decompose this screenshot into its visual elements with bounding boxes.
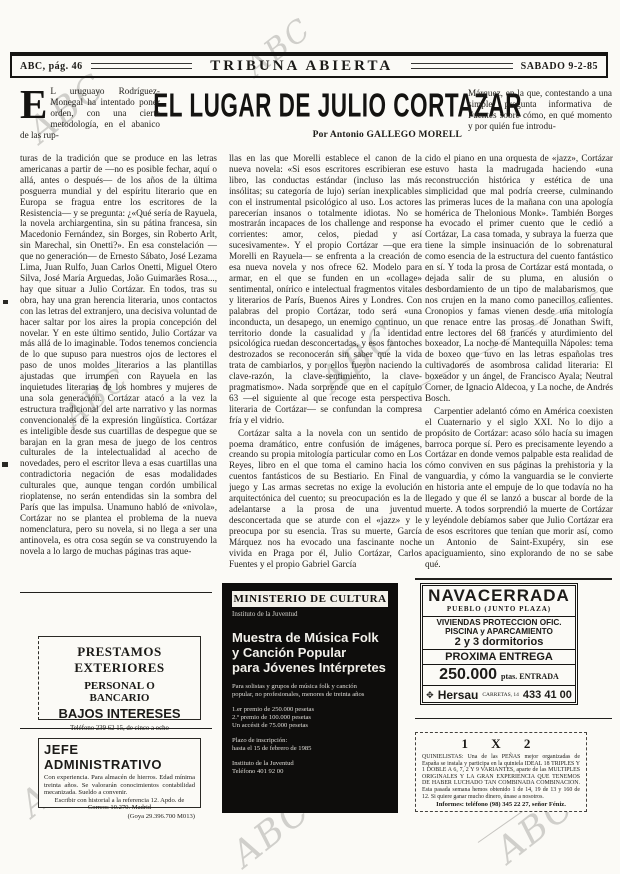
ad-phone: Teléfono 239 62 15, de cinco a ocho	[39, 725, 200, 732]
ad-quiniela-1x2: 1 X 2 QUINIELISTAS: Una de las PEÑAS mej…	[415, 732, 587, 812]
header-rule-left	[91, 63, 193, 69]
ad-prestamos: PRESTAMOS EXTERIORES PERSONAL O BANCARIO…	[38, 636, 201, 720]
ad-body: Con experiencia. Para almacén de hierros…	[44, 774, 195, 797]
print-speck	[2, 462, 8, 467]
date-label: SABADO 9-2-85	[521, 61, 598, 72]
ad-title-line: para Jóvenes Intérpretes	[232, 660, 388, 675]
ad-ministerio-cultura: MINISTERIO DE CULTURA Instituto de la Ju…	[222, 583, 398, 813]
article-column-1: turas de la tradición que se produce en …	[20, 153, 217, 573]
ad-brand: Hersau	[438, 688, 479, 702]
ad-prize-line: Un accésit de 75.000 pesetas	[232, 722, 388, 730]
ad-body: QUINIELISTAS: Una de las PEÑAS mejor org…	[422, 754, 580, 800]
ad-deadline-label: Plazo de inscripción:	[232, 737, 388, 745]
hersau-logo-icon: ✥	[426, 690, 434, 701]
ad-phone: Informes: teléfono (98) 345 22 27, señor…	[422, 801, 580, 808]
paragraph: Carpentier adelantó cómo en América coex…	[425, 406, 613, 570]
paragraph: Márquez, en la que, contestando a una si…	[468, 88, 612, 132]
ad-line: PROXIMA ENTREGA	[423, 651, 575, 663]
ad-line: VIVIENDAS PROTECCION OFIC.	[423, 618, 575, 627]
ad-reference: Escribir con historial a la referencia 1…	[44, 797, 195, 812]
divider-rule	[415, 718, 612, 719]
ad-line: 2 y 3 dormitorios	[423, 636, 575, 648]
ad-subtitle: PUEBLO (JUNTO PLAZA)	[423, 605, 575, 615]
article-column-2: llas en las que Morelli establece el can…	[229, 153, 422, 573]
ad-jefe-administrativo: JEFE ADMINISTRATIVO Con experiencia. Par…	[38, 738, 201, 808]
header-rule-right	[411, 63, 513, 69]
ad-line: BAJOS INTERESES	[39, 706, 200, 721]
ad-line: BANCARIO	[39, 692, 200, 704]
ad-header-strip: MINISTERIO DE CULTURA	[232, 591, 388, 607]
newspaper-page: ABC ABC ABC ABC ABC ABC ABC ABC, pág. 46…	[0, 0, 620, 874]
ad-navacerrada: NAVACERRADA PUEBLO (JUNTO PLAZA) VIVIEND…	[420, 583, 578, 705]
dropcap: E	[20, 86, 50, 120]
ad-title-line: Muestra de Música Folk	[232, 630, 388, 645]
ad-title: NAVACERRADA	[423, 587, 575, 605]
article-column-3: cido el piano en una orquesta de «jazz»,…	[425, 153, 613, 579]
ad-info-line: Para solistas y grupos de música folk y …	[232, 683, 388, 691]
print-speck	[3, 300, 8, 304]
ad-line: PERSONAL O	[39, 680, 200, 692]
ad-code: (Goya 29.396.700 M013)	[44, 813, 195, 820]
ad-prize-line: 2.º premio de 100.000 pesetas	[232, 714, 388, 722]
ad-phone: 433 41 00	[523, 689, 572, 701]
section-title: TRIBUNA ABIERTA	[200, 58, 403, 75]
ad-phone: Teléfono 401 92 00	[232, 768, 388, 776]
page-number-label: ABC, pág. 46	[20, 61, 83, 72]
divider-rule	[20, 592, 212, 593]
page-header: ABC, pág. 46 TRIBUNA ABIERTA SABADO 9-2-…	[10, 52, 608, 78]
ad-title-line: y Canción Popular	[232, 645, 388, 660]
ad-info-line: popular, no profesionales, menores de tr…	[232, 691, 388, 699]
article-headline: EL LUGAR DE JULIO CORTAZAR	[153, 86, 467, 125]
ad-institute: Instituto de la Juventud	[232, 760, 388, 768]
divider-rule	[415, 578, 612, 580]
article-column-3-top: Márquez, en la que, contestando a una si…	[468, 88, 612, 152]
paragraph: Cortázar salta a la novela con un sentid…	[229, 428, 422, 570]
ad-title: JEFE ADMINISTRATIVO	[44, 742, 195, 772]
paragraph: turas de la tradición que se produce en …	[20, 153, 217, 557]
ad-title: PRESTAMOS EXTERIORES	[39, 644, 200, 676]
ad-deadline-value: hasta el 15 de febrero de 1985	[232, 745, 388, 753]
ad-line: PISCINA y APARCAMIENTO	[423, 627, 575, 636]
ad-title: 1 X 2	[422, 736, 580, 752]
ad-prize-line: 1.er premio de 250.000 pesetas	[232, 706, 388, 714]
ad-price: 250.000	[439, 666, 497, 684]
ad-price-suffix: ptas. ENTRADA	[501, 672, 559, 681]
paragraph: llas en las que Morelli establece el can…	[229, 153, 422, 426]
paragraph: cido el piano en una orquesta de «jazz»,…	[425, 153, 613, 404]
ad-address: CARRETAS, 14	[482, 692, 519, 698]
article-column-1-lead: EL uruguayo Rodríguez-Monegal ha intenta…	[20, 86, 160, 152]
ad-subheader: Instituto de la Juventud	[232, 610, 388, 618]
article-byline: Por Antonio GALLEGO MORELL	[280, 130, 462, 140]
